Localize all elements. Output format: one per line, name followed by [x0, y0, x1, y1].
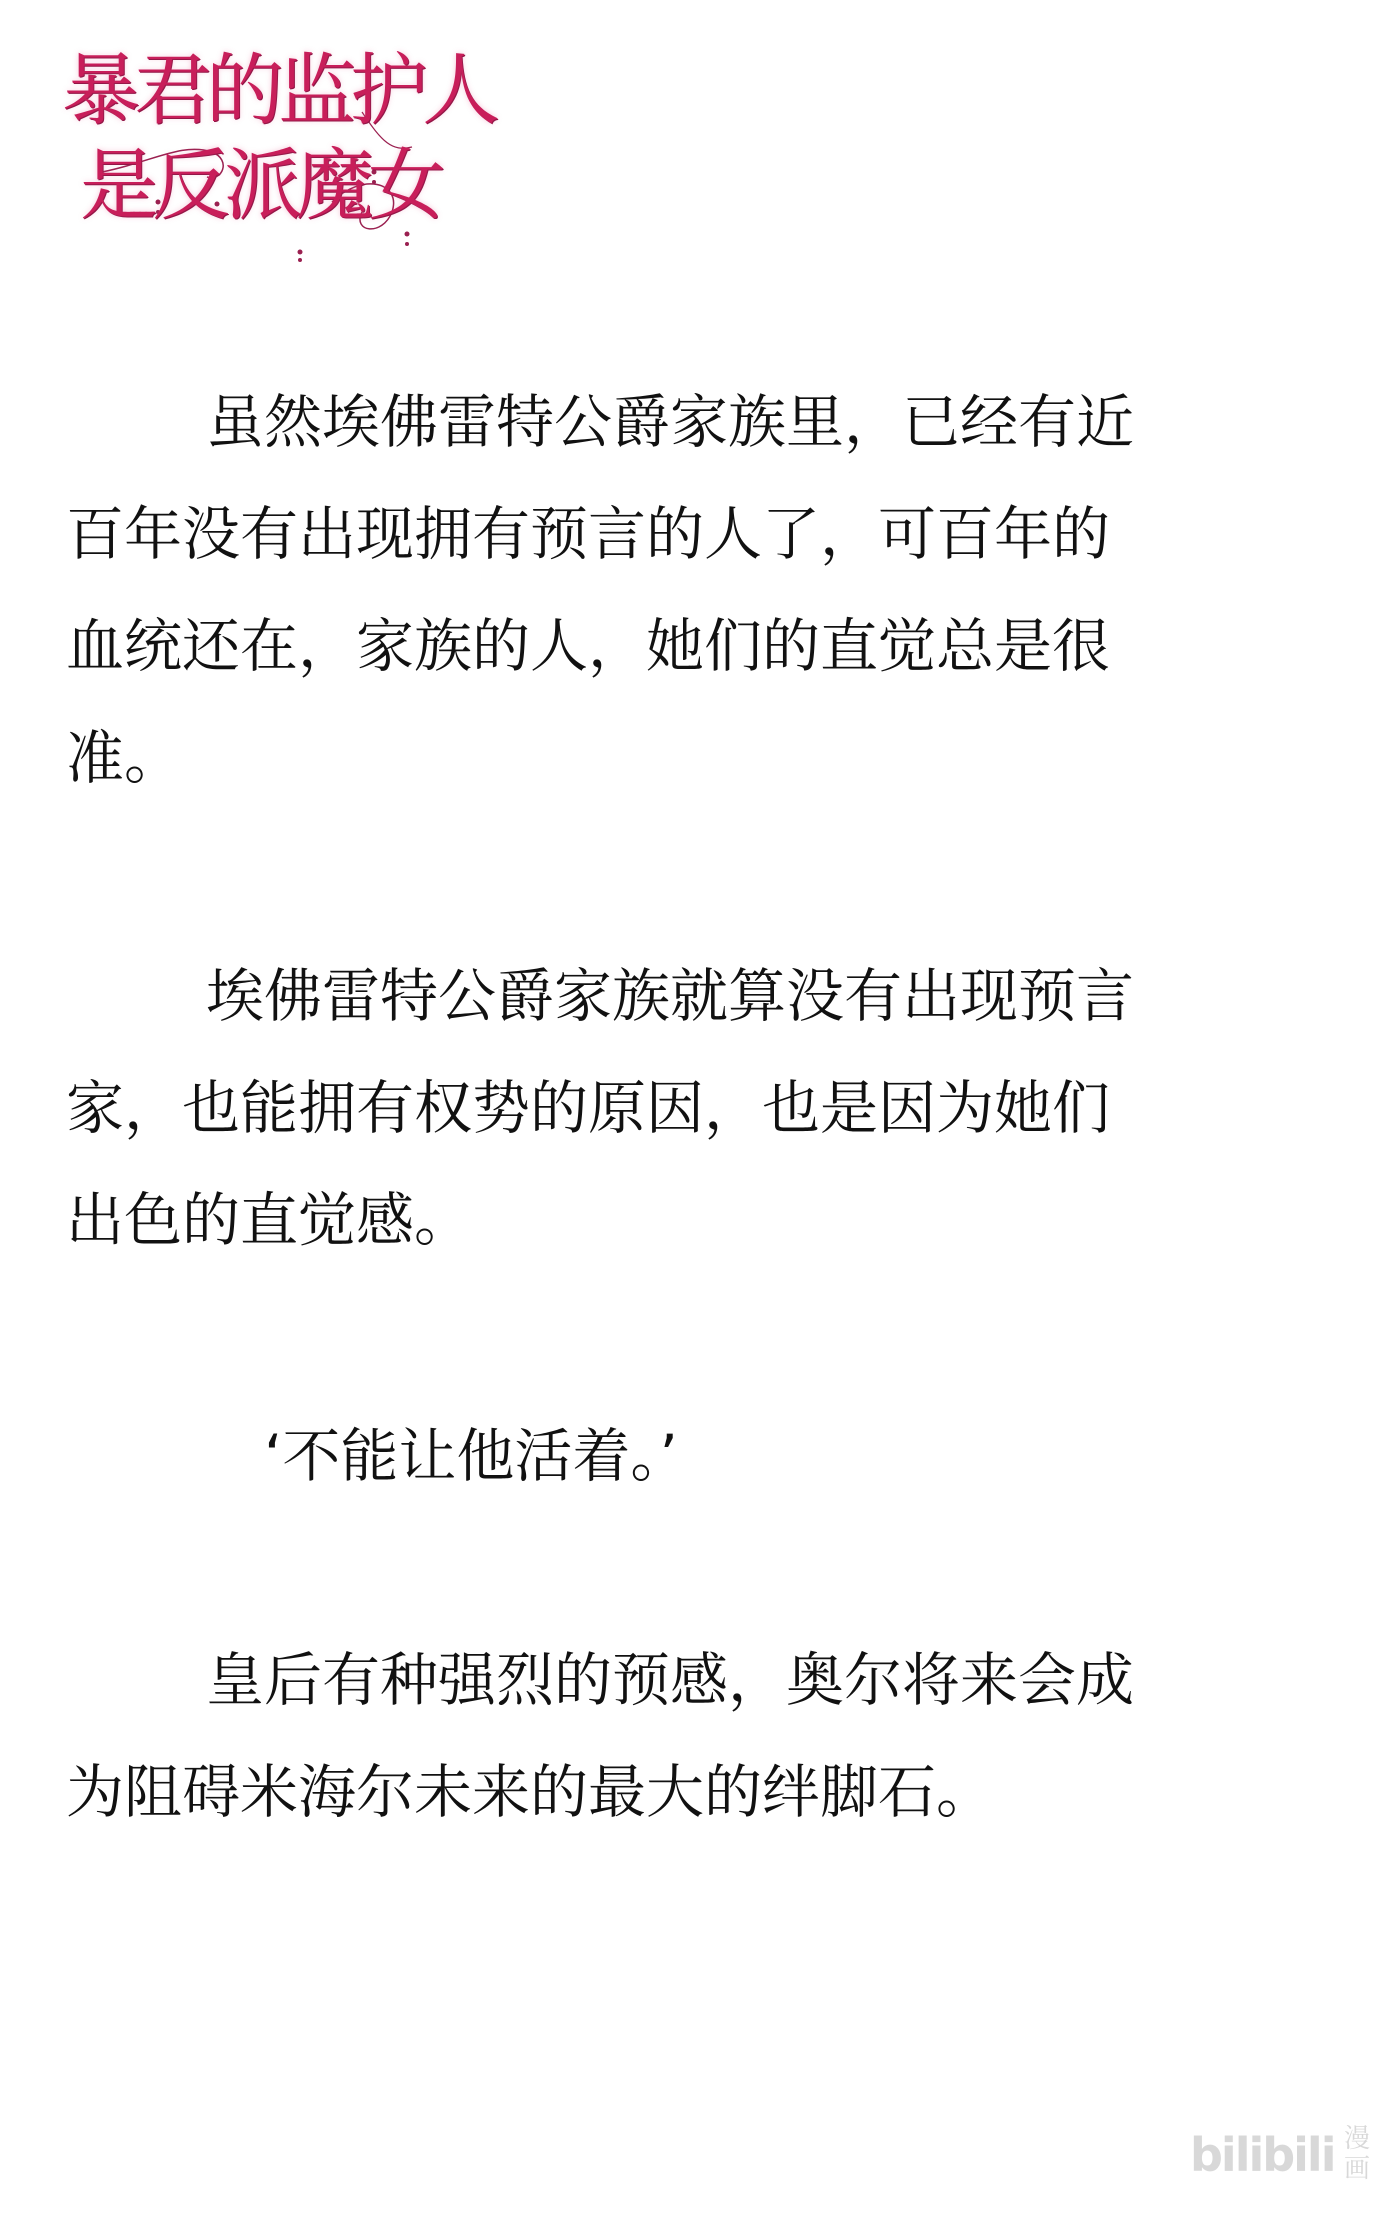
paragraph-line: ‘不能让他活着。’	[66, 1400, 1336, 1512]
comic-title-logo: 暴君的监护人 是反派魔女	[62, 52, 482, 262]
paragraph-line: 皇后有种强烈的预感，奥尔将来会成	[66, 1624, 1336, 1736]
watermark-char: 漫	[1342, 2124, 1372, 2154]
paragraph-line: 为阻碍米海尔未来的最大的绊脚石。	[66, 1736, 1336, 1848]
paragraph-line: 家，也能拥有权势的原因，也是因为她们	[66, 1052, 1336, 1164]
logo-title-line-1: 暴君的监护人	[62, 52, 494, 130]
paragraph-2: 埃佛雷特公爵家族就算没有出现预言 家，也能拥有权势的原因，也是因为她们 出色的直…	[66, 940, 1336, 1276]
logo-title-line-2: 是反派魔女	[80, 147, 440, 225]
paragraph-line: 虽然埃佛雷特公爵家族里，已经有近	[66, 366, 1336, 478]
paragraph-1: 虽然埃佛雷特公爵家族里，已经有近 百年没有出现拥有预言的人了，可百年的 血统还在…	[66, 366, 1336, 814]
paragraph-line: 准。	[66, 702, 1336, 814]
paragraph-4: 皇后有种强烈的预感，奥尔将来会成 为阻碍米海尔未来的最大的绊脚石。	[66, 1624, 1336, 1848]
paragraph-line: 百年没有出现拥有预言的人了，可百年的	[66, 478, 1336, 590]
bilibili-manhua-watermark: bilibili 漫 画	[1190, 2120, 1380, 2190]
watermark-brand: bilibili	[1190, 2132, 1334, 2178]
paragraph-line: 血统还在，家族的人，她们的直觉总是很	[66, 590, 1336, 702]
paragraph-line: 出色的直觉感。	[66, 1164, 1336, 1276]
watermark-manhua-label: 漫 画	[1342, 2124, 1372, 2184]
paragraph-3-quote: ‘不能让他活着。’	[66, 1400, 1336, 1512]
watermark-char: 画	[1342, 2154, 1372, 2184]
paragraph-line: 埃佛雷特公爵家族就算没有出现预言	[66, 940, 1336, 1052]
